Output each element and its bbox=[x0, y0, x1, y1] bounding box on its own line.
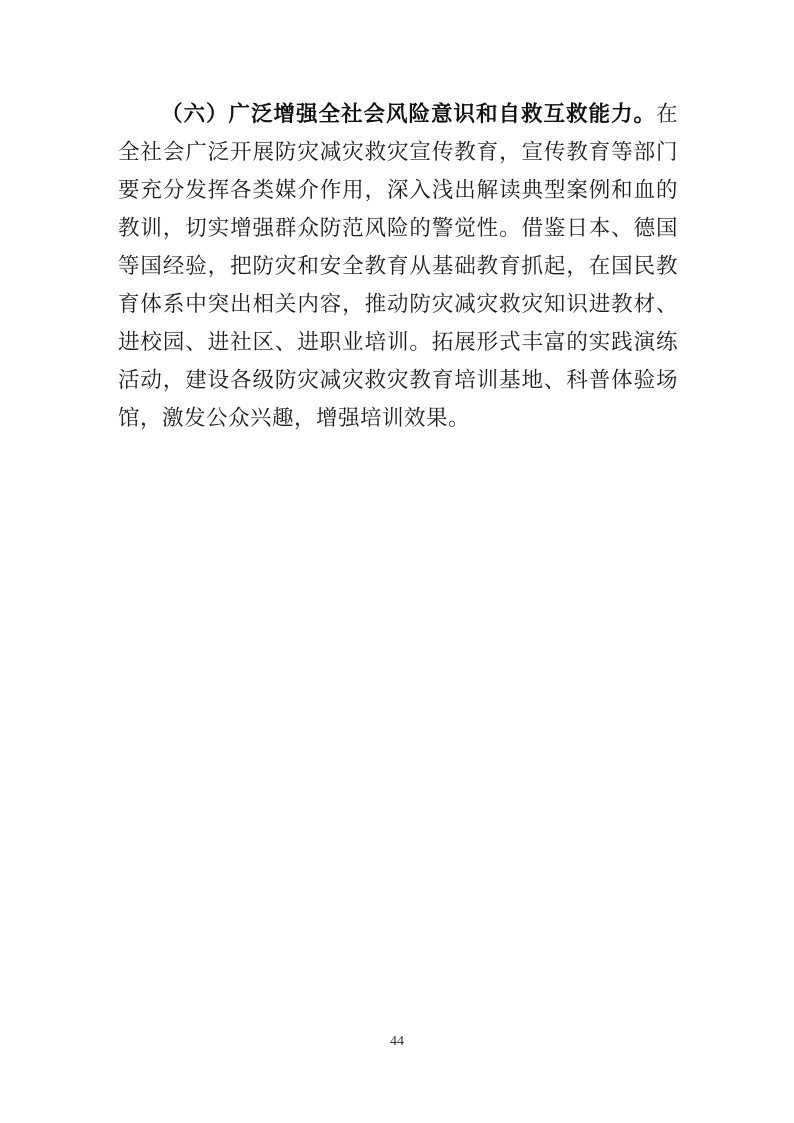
document-page: （六）广泛增强全社会风险意识和自救互救能力。在全社会广泛开展防灾减灾救灾宣传教育… bbox=[0, 0, 794, 1123]
page-number: 44 bbox=[390, 1034, 404, 1049]
page-footer: 44 bbox=[0, 1032, 794, 1050]
section-heading: （六）广泛增强全社会风险意识和自救互救能力。 bbox=[161, 102, 656, 126]
paragraph-body: 在全社会广泛开展防灾减灾救灾宣传教育，宣传教育等部门要充分发挥各类媒介作用，深入… bbox=[118, 102, 678, 430]
section-paragraph: （六）广泛增强全社会风险意识和自救互救能力。在全社会广泛开展防灾减灾救灾宣传教育… bbox=[118, 95, 678, 437]
page-content: （六）广泛增强全社会风险意识和自救互救能力。在全社会广泛开展防灾减灾救灾宣传教育… bbox=[118, 95, 678, 437]
